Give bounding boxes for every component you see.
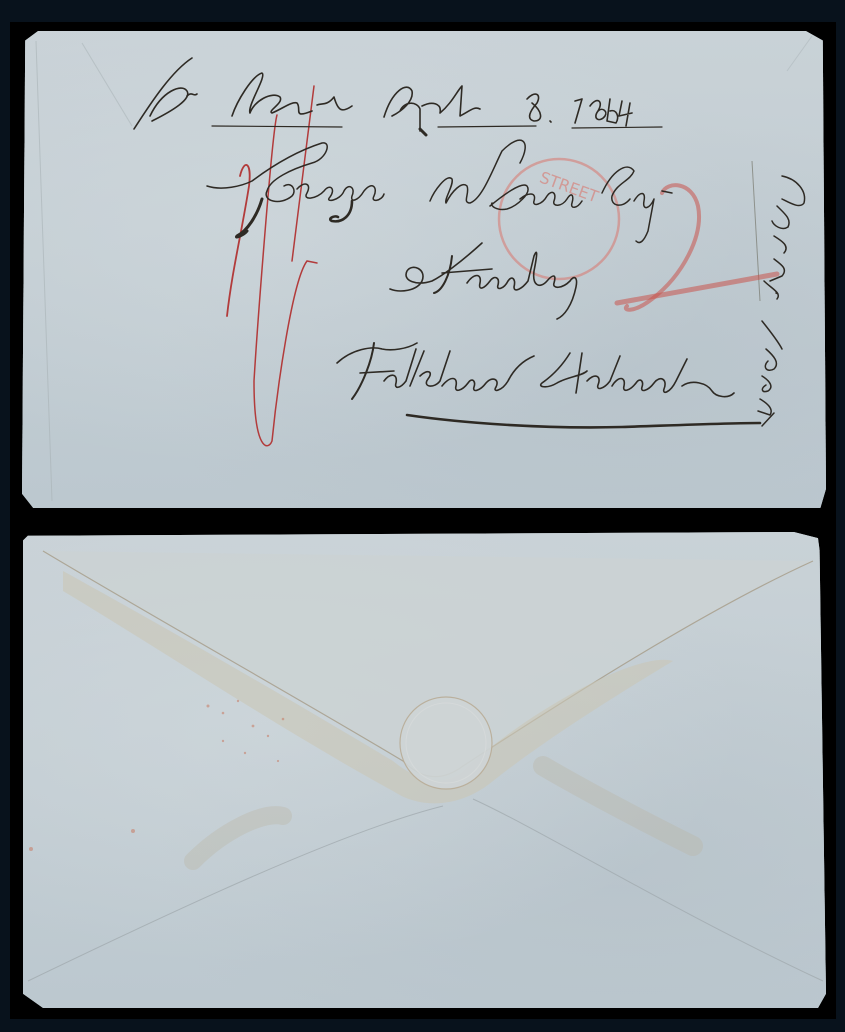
back-flaps <box>23 531 826 1008</box>
envelope-back: Reverse of envelope with sealed flaps an… <box>23 531 826 1008</box>
embossed-seal <box>400 697 492 789</box>
envelope-front: STREET <box>22 31 826 508</box>
red-charge-mark <box>227 86 317 446</box>
